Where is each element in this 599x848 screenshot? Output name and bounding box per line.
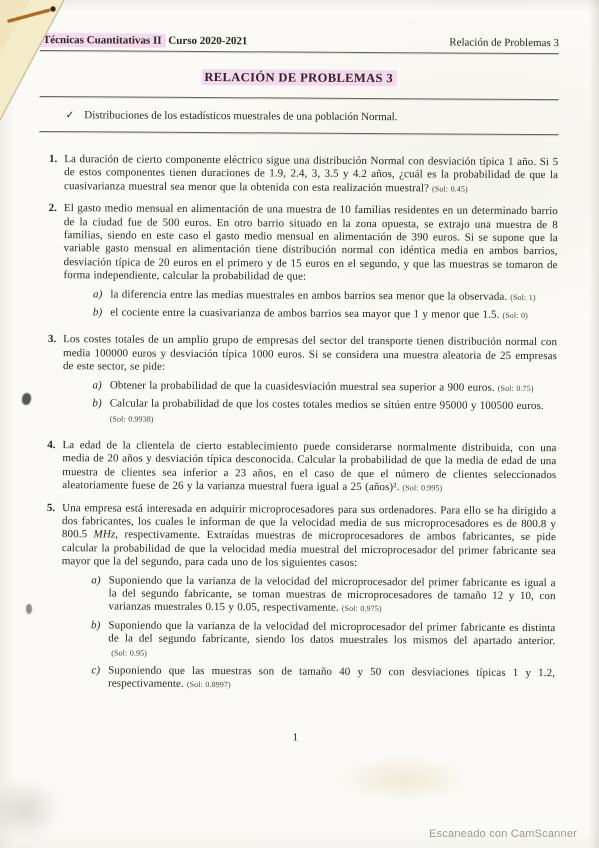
part-text: Obtener la probabilidad de que la cuasid… (110, 379, 534, 395)
part-label: a) (89, 288, 102, 301)
part-b: b)el cociente entre la cuasivarianza de … (89, 306, 557, 322)
problem-statement: El gasto medio mensual en alimentación d… (63, 202, 557, 283)
problem-statement: Una empresa está interesada en adquirir … (62, 502, 556, 569)
problem-1: 1. La duración de cierto componente eléc… (39, 153, 558, 196)
part-b: b)Suponiendo que la varianza de la veloc… (87, 619, 555, 662)
problem-statement: La edad de la clientela de cierto establ… (62, 439, 556, 493)
part-a: a)Obtener la probabilidad de que la cuas… (89, 379, 557, 395)
scanned-page: Técnicas Cuantitativas II Curso 2020-202… (0, 0, 599, 848)
part-label: b) (89, 397, 102, 425)
header-course-year: Curso 2020-2021 (165, 35, 247, 48)
topic-text: Distribuciones de los estadísticos muest… (84, 109, 397, 123)
statement-after-unit: , respectivamente. Extraídas muestras de… (62, 529, 556, 569)
part-label: a) (87, 574, 100, 614)
problem-list: 1. La duración de cierto componente eléc… (36, 153, 558, 699)
part-statement: Suponiendo que las muestras son de tamañ… (108, 664, 555, 690)
problem-text: La edad de la clientela de cierto establ… (62, 439, 556, 496)
problem-number: 1. (39, 153, 57, 193)
document-body: Técnicas Cuantitativas II Curso 2020-202… (0, 0, 599, 848)
problem-text: Una empresa está interesada en adquirir … (61, 502, 556, 699)
problem-2: 2. El gasto medio mensual en alimentació… (38, 202, 558, 327)
part-text: Suponiendo que la varianza de la velocid… (108, 574, 555, 617)
solution-note: (Sol: 0.975) (342, 604, 382, 613)
divider (39, 131, 558, 135)
problem-number: 5. (36, 502, 55, 696)
problem-statement: La duración de cierto componente eléctri… (64, 153, 558, 194)
page-title-text: RELACIÓN DE PROBLEMAS 3 (201, 69, 397, 86)
problem-3: 3. Los costes totales de un amplio grupo… (38, 333, 558, 433)
part-statement: Calcular la probabilidad de que los cost… (110, 398, 544, 413)
problem-parts: a)Obtener la probabilidad de que la cuas… (89, 379, 557, 428)
problem-5: 5. Una empresa está interesada en adquir… (36, 502, 556, 699)
part-label: b) (87, 619, 100, 659)
problem-number: 4. (37, 439, 55, 493)
solution-note: (Sol: 0.995) (402, 483, 442, 492)
problem-number: 2. (38, 202, 57, 324)
problem-text: El gasto medio mensual en alimentación d… (63, 202, 558, 327)
part-text: el cociente entre la cuasivarianza de am… (110, 306, 528, 322)
pen-mark-tip (50, 6, 55, 11)
problem-parts: a)Suponiendo que la varianza de la veloc… (87, 574, 556, 694)
part-label: c) (87, 664, 100, 691)
solution-note: (Sol: 0.75) (498, 383, 534, 392)
header-sheet-name: Relación de Problemas 3 (449, 37, 559, 50)
part-b: b)Calcular la probabilidad de que los co… (89, 397, 557, 428)
page-number: 1 (292, 732, 298, 744)
scan-artifact (26, 604, 32, 614)
part-a: a)Suponiendo que la varianza de la veloc… (87, 574, 555, 617)
part-text: Suponiendo que la varianza de la velocid… (108, 619, 555, 662)
solution-note: (Sol: 0.8997) (187, 680, 231, 689)
problem-statement: Los costes totales de un amplio grupo de… (63, 334, 557, 373)
solution-note: (Sol: 0.9938) (110, 412, 544, 428)
part-statement: Obtener la probabilidad de que la cuasid… (110, 379, 495, 393)
part-label: b) (89, 306, 102, 319)
part-text: Suponiendo que las muestras son de tamañ… (108, 664, 555, 694)
part-statement: la diferencia entre las medias muestrale… (110, 288, 507, 302)
part-statement: el cociente entre la cuasivarianza de am… (110, 306, 499, 320)
solution-note: (Sol: 1) (510, 293, 535, 302)
part-label: a) (89, 379, 102, 392)
part-a: a)la diferencia entre las medias muestra… (89, 288, 557, 304)
scan-artifact (0, 778, 62, 842)
part-statement: Suponiendo que la varianza de la velocid… (108, 574, 555, 614)
problem-number: 3. (38, 333, 57, 430)
problem-parts: a)la diferencia entre las medias muestra… (89, 288, 557, 323)
problem-text: Los costes totales de un amplio grupo de… (63, 334, 558, 433)
part-statement: Suponiendo que la varianza de la velocid… (108, 619, 555, 647)
problem-4: 4. La edad de la clientela de cierto est… (37, 439, 556, 496)
part-c: c)Suponiendo que las muestras son de tam… (87, 664, 555, 694)
page-fold-corner (0, 0, 126, 126)
camscanner-watermark: Escaneado con CamScanner (429, 828, 577, 840)
fold-graphic (0, 0, 126, 126)
solution-note: (Sol: 0.95) (111, 648, 147, 657)
solution-note: (Sol: 0.45) (432, 184, 468, 193)
problem-text: La duración de cierto componente eléctri… (64, 153, 558, 196)
scan-artifact (336, 756, 470, 802)
part-text: Calcular la probabilidad de que los cost… (110, 398, 544, 428)
solution-note: (Sol: 0) (502, 311, 527, 320)
mhz-unit: MHz (94, 529, 116, 541)
part-text: la diferencia entre las medias muestrale… (110, 288, 535, 304)
